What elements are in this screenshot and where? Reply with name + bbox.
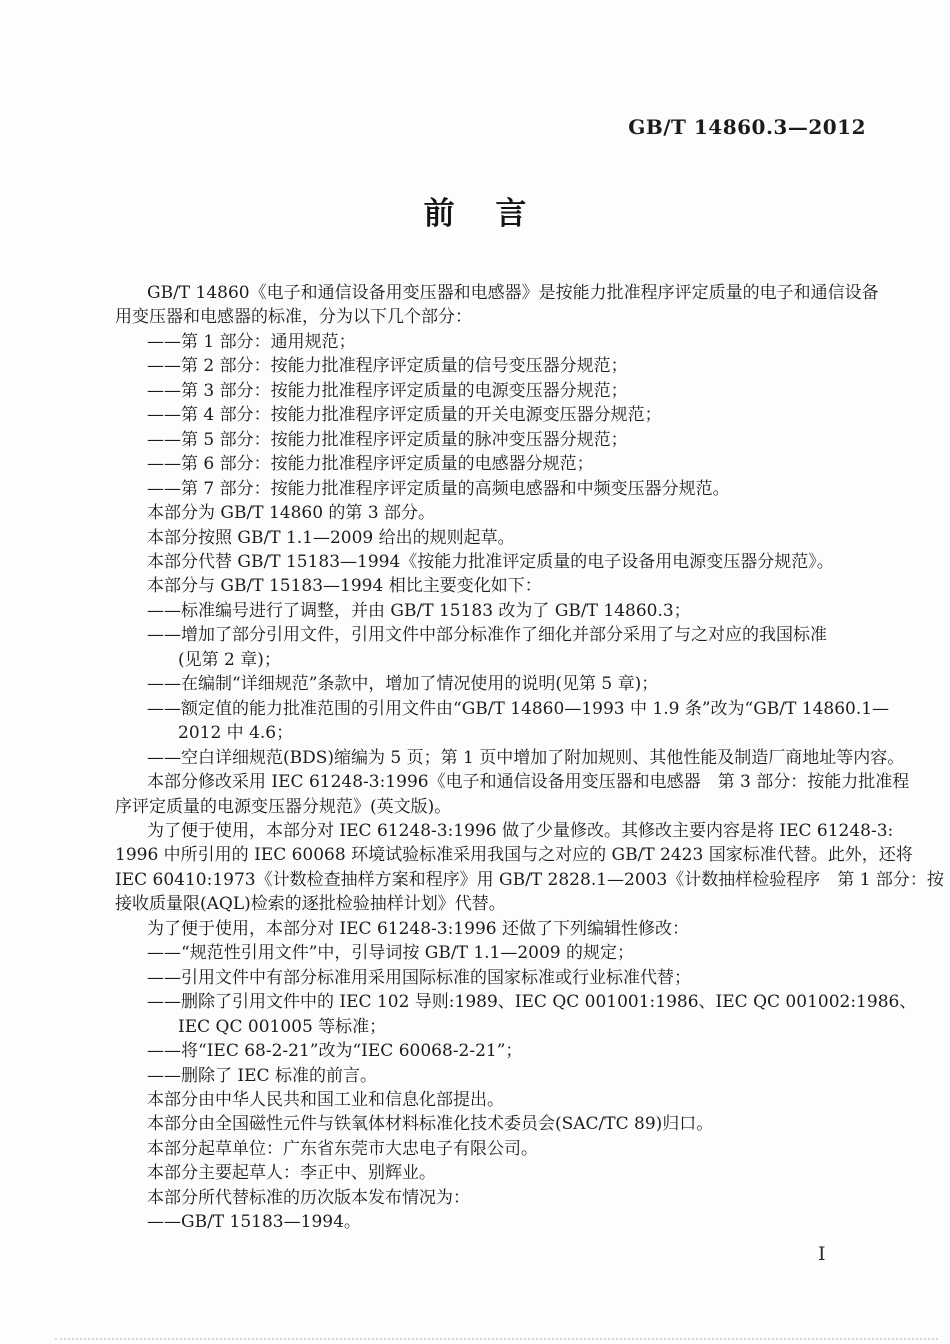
text-line: ——删除了引用文件中的 IEC 102 导则:1989、IEC QC 00100… — [115, 990, 871, 1014]
text-line: ——第 2 部分：按能力批准程序评定质量的信号变压器分规范； — [115, 354, 871, 378]
text-line: 1996 中所引用的 IEC 60068 环境试验标准采用我国与之对应的 GB/… — [115, 843, 871, 867]
text-line: ——标准编号进行了调整，并由 GB/T 15183 改为了 GB/T 14860… — [115, 599, 871, 623]
text-line: 2012 中 4.6； — [115, 721, 871, 745]
document-page: GB/T 14860.3—2012 前 言 GB/T 14860《电子和通信设备… — [0, 0, 950, 1344]
page-title: 前 言 — [0, 188, 950, 233]
standard-code-header: GB/T 14860.3—2012 — [628, 115, 866, 139]
text-line: ——第 5 部分：按能力批准程序评定质量的脉冲变压器分规范； — [115, 428, 871, 452]
text-line: 接收质量限(AQL)检索的逐批检验抽样计划》代替。 — [115, 892, 871, 916]
text-line: ——第 6 部分：按能力批准程序评定质量的电感器分规范； — [115, 452, 871, 476]
foreword-content: GB/T 14860《电子和通信设备用变压器和电感器》是按能力批准程序评定质量的… — [115, 281, 871, 1235]
text-line: 本部分与 GB/T 15183—1994 相比主要变化如下： — [115, 574, 871, 598]
text-line: GB/T 14860《电子和通信设备用变压器和电感器》是按能力批准程序评定质量的… — [115, 281, 871, 305]
text-line: 序评定质量的电源变压器分规范》(英文版)。 — [115, 795, 871, 819]
text-line: ——额定值的能力批准范围的引用文件由“GB/T 14860—1993 中 1.9… — [115, 697, 871, 721]
text-line: ——GB/T 15183—1994。 — [115, 1210, 871, 1234]
text-line: 本部分按照 GB/T 1.1—2009 给出的规则起草。 — [115, 526, 871, 550]
text-line: 本部分所代替标准的历次版本发布情况为： — [115, 1186, 871, 1210]
text-line: 为了便于使用，本部分对 IEC 61248-3:1996 还做了下列编辑性修改： — [115, 917, 871, 941]
text-line: 本部分由全国磁性元件与铁氧体材料标准化技术委员会(SAC/TC 89)归口。 — [115, 1112, 871, 1136]
text-line: ——空白详细规范(BDS)缩编为 5 页；第 1 页中增加了附加规则、其他性能及… — [115, 746, 871, 770]
text-line: IEC QC 001005 等标准； — [115, 1015, 871, 1039]
text-line: ——删除了 IEC 标准的前言。 — [115, 1064, 871, 1088]
text-line: 本部分修改采用 IEC 61248-3:1996《电子和通信设备用变压器和电感器… — [115, 770, 871, 794]
text-line: ——“规范性引用文件”中，引导词按 GB/T 1.1—2009 的规定； — [115, 941, 871, 965]
scan-edge-artifact — [55, 1338, 938, 1340]
text-line: 为了便于使用，本部分对 IEC 61248-3:1996 做了少量修改。其修改主… — [115, 819, 871, 843]
text-line: IEC 60410:1973《计数检查抽样方案和程序》用 GB/T 2828.1… — [115, 868, 871, 892]
text-line: (见第 2 章)； — [115, 648, 871, 672]
text-line: 用变压器和电感器的标准，分为以下几个部分： — [115, 305, 871, 329]
text-line: 本部分由中华人民共和国工业和信息化部提出。 — [115, 1088, 871, 1112]
text-line: ——增加了部分引用文件，引用文件中部分标准作了细化并部分采用了与之对应的我国标准 — [115, 623, 871, 647]
text-line: 本部分起草单位：广东省东莞市大忠电子有限公司。 — [115, 1137, 871, 1161]
text-line: ——第 7 部分：按能力批准程序评定质量的高频电感器和中频变压器分规范。 — [115, 477, 871, 501]
text-line: ——第 4 部分：按能力批准程序评定质量的开关电源变压器分规范； — [115, 403, 871, 427]
text-line: ——在编制“详细规范”条款中，增加了情况使用的说明(见第 5 章)； — [115, 672, 871, 696]
text-line: 本部分主要起草人：李正中、别辉业。 — [115, 1161, 871, 1185]
text-line: ——将“IEC 68-2-21”改为“IEC 60068-2-21”； — [115, 1039, 871, 1063]
page-number: I — [818, 1243, 826, 1265]
text-line: ——第 3 部分：按能力批准程序评定质量的电源变压器分规范； — [115, 379, 871, 403]
text-line: 本部分为 GB/T 14860 的第 3 部分。 — [115, 501, 871, 525]
text-line: 本部分代替 GB/T 15183—1994《按能力批准评定质量的电子设备用电源变… — [115, 550, 871, 574]
text-line: ——引用文件中有部分标准用采用国际标准的国家标准或行业标准代替； — [115, 966, 871, 990]
text-line: ——第 1 部分：通用规范； — [115, 330, 871, 354]
